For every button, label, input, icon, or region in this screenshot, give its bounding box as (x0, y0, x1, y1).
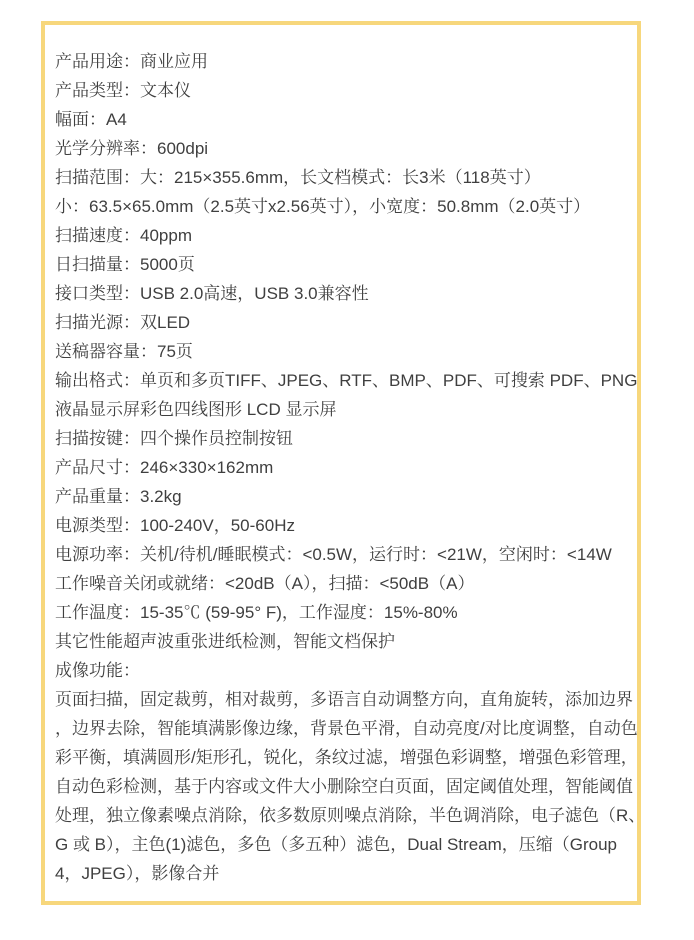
spec-line-product-dimensions: 产品尺寸：246×330×162mm (55, 453, 631, 482)
spec-line-power-type: 电源类型：100-240V，50-60Hz (55, 511, 631, 540)
spec-line-scan-speed: 扫描速度：40ppm (55, 221, 631, 250)
spec-line-light-source: 扫描光源：双LED (55, 308, 631, 337)
spec-line-imaging-features-7: 4，JPEG），影像合并 (55, 859, 631, 888)
spec-line-paper-size: 幅面：A4 (55, 105, 631, 134)
spec-line-imaging-features-title: 成像功能： (55, 656, 631, 685)
spec-line-scan-buttons: 扫描按键：四个操作员控制按钮 (55, 424, 631, 453)
spec-line-product-weight: 产品重量：3.2kg (55, 482, 631, 511)
spec-line-daily-volume: 日扫描量：5000页 (55, 250, 631, 279)
spec-line-imaging-features-3: 彩平衡，填满圆形/矩形孔，锐化，条纹过滤，增强色彩调整，增强色彩管理， (55, 743, 631, 772)
spec-line-scan-range-min: 小：63.5×65.0mm（2.5英寸x2.56英寸），小宽度：50.8mm（2… (55, 192, 631, 221)
spec-line-imaging-features-4: 自动色彩检测，基于内容或文件大小删除空白页面，固定阈值处理，智能阈值 (55, 772, 631, 801)
product-spec-panel: 产品用途：商业应用 产品类型：文本仪 幅面：A4 光学分辨率：600dpi 扫描… (41, 21, 641, 905)
spec-line-feeder-capacity: 送稿器容量：75页 (55, 337, 631, 366)
spec-line-power-consumption: 电源功率：关机/待机/睡眠模式：<0.5W，运行时：<21W，空闲时：<14W (55, 540, 631, 569)
spec-line-operating-temperature: 工作温度：15-35℃ (59-95° F)，工作湿度：15%-80% (55, 598, 631, 627)
spec-line-imaging-features-2: ，边界去除，智能填满影像边缘，背景色平滑，自动亮度/对比度调整，自动色 (55, 714, 631, 743)
spec-line-other-features: 其它性能超声波重张进纸检测，智能文档保护 (55, 627, 631, 656)
spec-line-output-format: 输出格式：单页和多页TIFF、JPEG、RTF、BMP、PDF、可搜索 PDF、… (55, 366, 631, 395)
spec-line-product-use: 产品用途：商业应用 (55, 47, 631, 76)
spec-line-lcd-display: 液晶显示屏彩色四线图形 LCD 显示屏 (55, 395, 631, 424)
spec-line-product-type: 产品类型：文本仪 (55, 76, 631, 105)
spec-content: 产品用途：商业应用 产品类型：文本仪 幅面：A4 光学分辨率：600dpi 扫描… (45, 25, 637, 888)
spec-line-scan-range-max: 扫描范围：大：215×355.6mm，长文档模式：长3米（118英寸） (55, 163, 631, 192)
spec-line-imaging-features-1: 页面扫描，固定裁剪，相对裁剪，多语言自动调整方向，直角旋转，添加边界 (55, 685, 631, 714)
spec-line-interface-type: 接口类型：USB 2.0高速，USB 3.0兼容性 (55, 279, 631, 308)
page: 产品用途：商业应用 产品类型：文本仪 幅面：A4 光学分辨率：600dpi 扫描… (0, 0, 694, 940)
spec-line-imaging-features-6: G 或 B），主色(1)滤色，多色（多五种）滤色，Dual Stream，压缩（… (55, 830, 631, 859)
spec-line-optical-resolution: 光学分辨率：600dpi (55, 134, 631, 163)
spec-line-imaging-features-5: 处理，独立像素噪点消除，依多数原则噪点消除，半色调消除，电子滤色（R、 (55, 801, 631, 830)
spec-line-operating-noise: 工作噪音关闭或就绪：<20dB（A），扫描：<50dB（A） (55, 569, 631, 598)
